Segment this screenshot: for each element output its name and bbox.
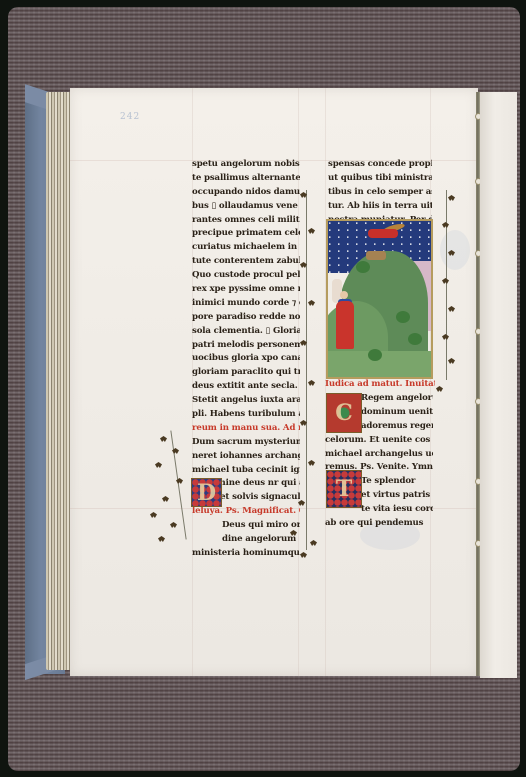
text-line: celorum. Et uenite cos egregios <box>325 434 433 448</box>
text-line: te psallimus alternantes ⁊ <box>192 172 300 186</box>
text-line: Dum sacrum mysterium ce <box>192 436 300 450</box>
text-line: sola clementia. ▯ Gloria <box>192 325 300 339</box>
text-line: ministeria hominumque di <box>192 547 300 561</box>
figure-head <box>340 291 348 299</box>
text-line: tute conterentem zabulon. <box>192 255 300 269</box>
text-line: Stetit angelus iuxta aram tem <box>192 394 300 408</box>
angel-st-michael <box>368 229 398 238</box>
rubric-line: leluya. Ps. Magnificat. Oratio. <box>192 505 300 519</box>
text-line: michael tuba cecinit ignos <box>192 464 300 478</box>
border-vine <box>446 190 447 380</box>
text-line: ab ore qui pendemus <box>325 517 433 531</box>
text-line: spensas concede propicius: <box>328 158 432 172</box>
tree <box>368 349 382 361</box>
decorated-initial-t: T <box>326 470 362 508</box>
text-line: spetu angelorum nobis no <box>192 158 300 172</box>
text-line: curiatus michaelem in uir <box>192 241 300 255</box>
text-line: precipue primatem celestis <box>192 227 300 241</box>
miniature-st-michael-gargano <box>326 219 433 379</box>
text-line: rex xpe pyssime omne nefas <box>192 283 300 297</box>
text-line: bus ▯ ollaudamus vene <box>192 200 300 214</box>
text-line: uocibus gloria xpo canam <box>192 352 300 366</box>
figure-red-robe <box>336 301 354 349</box>
text-line: gloriam paraclito qui trinus ⁊ un <box>192 366 300 380</box>
text-line: deus extitit ante secla. Amen. <box>192 380 300 394</box>
text-line: michael archangelus uenite ado <box>325 448 433 462</box>
text-line: pli. Habens turibulum au <box>192 408 300 422</box>
initial-letter: T <box>327 471 361 507</box>
facing-page-edge <box>480 92 517 678</box>
right-text-column-top: spensas concede propicius: ut quibus tib… <box>328 158 432 227</box>
tree <box>408 333 422 345</box>
text-line: patri melodis personemus <box>192 339 300 353</box>
rubric-line: Iudica ad matut. Inuitator. <box>325 378 435 392</box>
rubric-line: reum in manu sua. Ad mag. <box>192 422 300 436</box>
text-line: tur. Ab hiis in terra uita <box>328 200 432 214</box>
bull <box>366 251 386 260</box>
rubric-heading: Iudica ad matut. Inuitator. <box>325 378 435 392</box>
border-vine <box>306 190 307 550</box>
text-line: dine angelorum <box>192 533 300 547</box>
text-line: tibus in celo semper assisti <box>328 186 432 200</box>
initial-letter: C <box>327 394 361 432</box>
text-line: Quo custode procul pelle <box>192 269 300 283</box>
text-line: inimici mundo corde ⁊ cor <box>192 297 300 311</box>
decorated-initial-d: D <box>191 478 222 507</box>
tree <box>396 311 410 323</box>
initial-letter: D <box>192 479 221 506</box>
decorated-initial-c: C <box>326 393 362 433</box>
show-through-smudge <box>440 230 470 270</box>
text-line: pore paradiso redde nos <box>192 311 300 325</box>
text-line: ut quibus tibi ministran <box>328 172 432 186</box>
folio-number: 242 <box>120 112 140 122</box>
text-line: Deus qui miro or <box>192 519 300 533</box>
tree <box>356 261 370 273</box>
text-line: rantes omnes celi milites s <box>192 214 300 228</box>
page-edges-stack <box>46 92 72 670</box>
text-line: occupando nidos damus noa <box>192 186 300 200</box>
text-line: neret iohannes archangelus <box>192 450 300 464</box>
